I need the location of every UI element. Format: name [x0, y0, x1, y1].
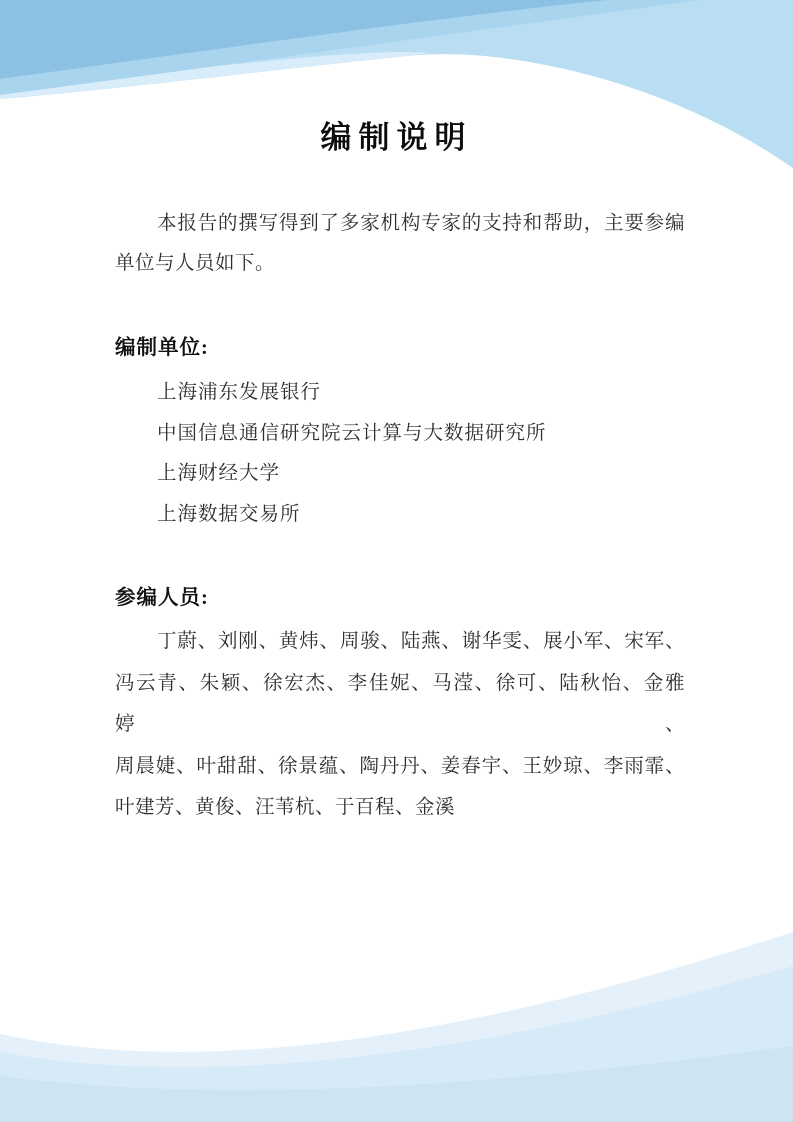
unit-item: 上海浦东发展银行	[115, 373, 685, 414]
names-line: 周晨婕、叶甜甜、徐景蕴、陶丹丹、姜春宇、王妙琼、李雨霏、	[115, 746, 685, 788]
units-list: 上海浦东发展银行 中国信息通信研究院云计算与大数据研究所 上海财经大学 上海数据…	[115, 373, 685, 535]
contributors-names: 丁蔚、刘刚、黄炜、周骏、陆燕、谢华雯、展小军、宋军、 冯云青、朱颖、徐宏杰、李佳…	[115, 621, 685, 829]
unit-item: 上海财经大学	[115, 454, 685, 495]
intro-line-1: 本报告的撰写得到了多家机构专家的支持和帮助，主要参编	[115, 204, 685, 244]
document-page: 编制说明 本报告的撰写得到了多家机构专家的支持和帮助，主要参编 单位与人员如下。…	[0, 0, 793, 1122]
units-heading: 编制单位:	[115, 330, 685, 360]
unit-item: 中国信息通信研究院云计算与大数据研究所	[115, 414, 685, 455]
units-section-heading-row: 编制单位:	[115, 330, 685, 360]
names-line: 冯云青、朱颖、徐宏杰、李佳妮、马滢、徐可、陆秋怡、金雅婷、	[115, 663, 685, 746]
contributors-heading: 参编人员:	[115, 580, 685, 610]
contributors-section-heading-row: 参编人员:	[115, 580, 685, 610]
unit-item: 上海数据交易所	[115, 495, 685, 536]
intro-line-2: 单位与人员如下。	[115, 244, 685, 284]
intro-paragraph: 本报告的撰写得到了多家机构专家的支持和帮助，主要参编 单位与人员如下。	[115, 204, 685, 284]
footer-wave-decoration	[0, 922, 793, 1122]
names-line: 丁蔚、刘刚、黄炜、周骏、陆燕、谢华雯、展小军、宋军、	[115, 621, 685, 663]
names-line: 叶建芳、黄俊、汪苇杭、于百程、金溪	[115, 787, 685, 829]
page-title: 编制说明	[0, 112, 793, 157]
